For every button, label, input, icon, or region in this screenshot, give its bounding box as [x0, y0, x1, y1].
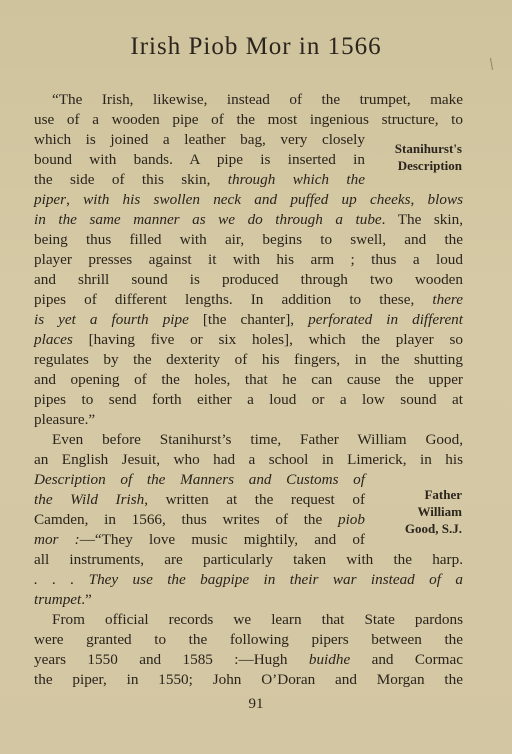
italic-span: through which the — [228, 171, 365, 188]
italic-span: in the same manner as we do through a tu… — [34, 211, 382, 228]
page-title: Irish Piob Mor in 1566 — [0, 33, 512, 61]
text-line: the side of this skin, through which the — [34, 170, 365, 190]
text-line: an English Jesuit, who had a school in L… — [34, 450, 463, 470]
sidenote-line: William — [380, 503, 462, 520]
text-span: . The skin, — [382, 211, 463, 228]
text-line: and opening of the holes, that he can ca… — [34, 370, 463, 390]
italic-span: trumpet — [34, 591, 81, 608]
text-line: trumpet.” — [34, 590, 463, 610]
text-span: and shrill sound is produced through two… — [34, 271, 463, 288]
text-line: Camden, in 1566, thus writes of the piob — [34, 510, 365, 530]
text-line: pleasure.” — [34, 410, 463, 430]
text-span: use of a wooden pipe of the most ingenio… — [34, 111, 463, 128]
italic-span: buidhe — [309, 651, 350, 668]
italic-span: piper — [34, 191, 66, 208]
book-page: Irish Piob Mor in 1566 “The Irish, likew… — [0, 0, 512, 754]
text-span: , written at the request of — [144, 491, 365, 508]
text-span: [having five or six holes], which the pl… — [73, 331, 463, 348]
italic-span: piob — [338, 511, 365, 528]
text-line: the piper, in 1550; John O’Doran and Mor… — [34, 670, 463, 690]
italic-span: with his swollen neck and puffed up chee… — [83, 191, 410, 208]
text-line: pipes to send forth either a loud or a l… — [34, 390, 463, 410]
text-line: . . . They use the bagpipe in their war … — [34, 570, 463, 590]
text-span: [the chanter], — [189, 311, 308, 328]
text-span: an English Jesuit, who had a school in L… — [34, 451, 463, 468]
text-line: in the same manner as we do through a tu… — [34, 210, 463, 230]
text-span: the side of this skin, — [34, 171, 228, 188]
text-span: From official records we learn that Stat… — [52, 611, 463, 628]
italic-span: mor : — [34, 531, 80, 548]
text-span: , — [410, 191, 427, 208]
text-span: pipes to send forth either a loud or a l… — [34, 391, 463, 408]
sidenote-line: Stanihurst's — [370, 140, 462, 157]
text-line: Even before Stanihurst’s time, Father Wi… — [34, 430, 463, 450]
italic-span: is yet a fourth pipe — [34, 311, 189, 328]
text-span: pleasure.” — [34, 411, 95, 428]
text-line: player presses against it with his arm ;… — [34, 250, 463, 270]
text-line: piper, with his swollen neck and puffed … — [34, 190, 463, 210]
text-span: all instruments, are particularly taken … — [34, 551, 463, 568]
text-line: and shrill sound is produced through two… — [34, 270, 463, 290]
italic-span: places — [34, 331, 73, 348]
page-number: 91 — [0, 696, 512, 713]
text-line: being thus filled with air, begins to sw… — [34, 230, 463, 250]
text-line: pipes of different lengths. In addition … — [34, 290, 463, 310]
text-line: were granted to the following pipers bet… — [34, 630, 463, 650]
text-line: years 1550 and 1585 :—Hugh buidhe and Co… — [34, 650, 463, 670]
body-text: “The Irish, likewise, instead of the tru… — [34, 90, 463, 690]
text-span: Even before Stanihurst’s time, Father Wi… — [52, 431, 463, 448]
text-line: “The Irish, likewise, instead of the tru… — [34, 90, 463, 110]
sidenote-line: Good, S.J. — [380, 520, 462, 537]
text-span: and opening of the holes, that he can ca… — [34, 371, 463, 388]
text-line: the Wild Irish, written at the request o… — [34, 490, 365, 510]
text-span: the piper, in 1550; John O’Doran and Mor… — [34, 671, 463, 688]
text-line: regulates by the dexterity of his finger… — [34, 350, 463, 370]
text-span: pipes of different lengths. In addition … — [34, 291, 432, 308]
text-span: Camden, in 1566, thus writes of the — [34, 511, 338, 528]
text-span: and Cormac — [350, 651, 463, 668]
italic-span: . . . They use the bagpipe in their war … — [34, 571, 463, 588]
italic-span: blows — [428, 191, 463, 208]
italic-span: there — [432, 291, 463, 308]
text-line: use of a wooden pipe of the most ingenio… — [34, 110, 463, 130]
text-span: were granted to the following pipers bet… — [34, 631, 463, 648]
sidenote-father-william-good: FatherWilliamGood, S.J. — [380, 486, 462, 537]
text-line: all instruments, are particularly taken … — [34, 550, 463, 570]
sidenote-line: Description — [370, 157, 462, 174]
italic-span: perforated in different — [308, 311, 463, 328]
text-line: From official records we learn that Stat… — [34, 610, 463, 630]
text-line: is yet a fourth pipe [the chanter], perf… — [34, 310, 463, 330]
text-line: places [having five or six holes], which… — [34, 330, 463, 350]
sidenote-stanihurst: Stanihurst'sDescription — [370, 140, 462, 174]
text-span: , — [66, 191, 83, 208]
text-line: Description of the Manners and Customs o… — [34, 470, 365, 490]
italic-span: the Wild Irish — [34, 491, 144, 508]
sidenote-line: Father — [380, 486, 462, 503]
italic-span: Description of the Manners and Customs o… — [34, 471, 365, 488]
text-span: —“They love music mightily, and of — [80, 531, 365, 548]
text-span: regulates by the dexterity of his finger… — [34, 351, 463, 368]
text-span: years 1550 and 1585 :—Hugh — [34, 651, 309, 668]
text-span: .” — [81, 591, 92, 608]
text-span: which is joined a leather bag, very clos… — [34, 131, 365, 148]
text-span: “The Irish, likewise, instead of the tru… — [52, 91, 463, 108]
text-line: mor :—“They love music mightily, and of — [34, 530, 365, 550]
text-span: bound with bands. A pipe is inserted in — [34, 151, 365, 168]
text-span: being thus filled with air, begins to sw… — [34, 231, 463, 248]
text-span: player presses against it with his arm ;… — [34, 251, 463, 268]
text-line: bound with bands. A pipe is inserted in — [34, 150, 365, 170]
text-line: which is joined a leather bag, very clos… — [34, 130, 365, 150]
